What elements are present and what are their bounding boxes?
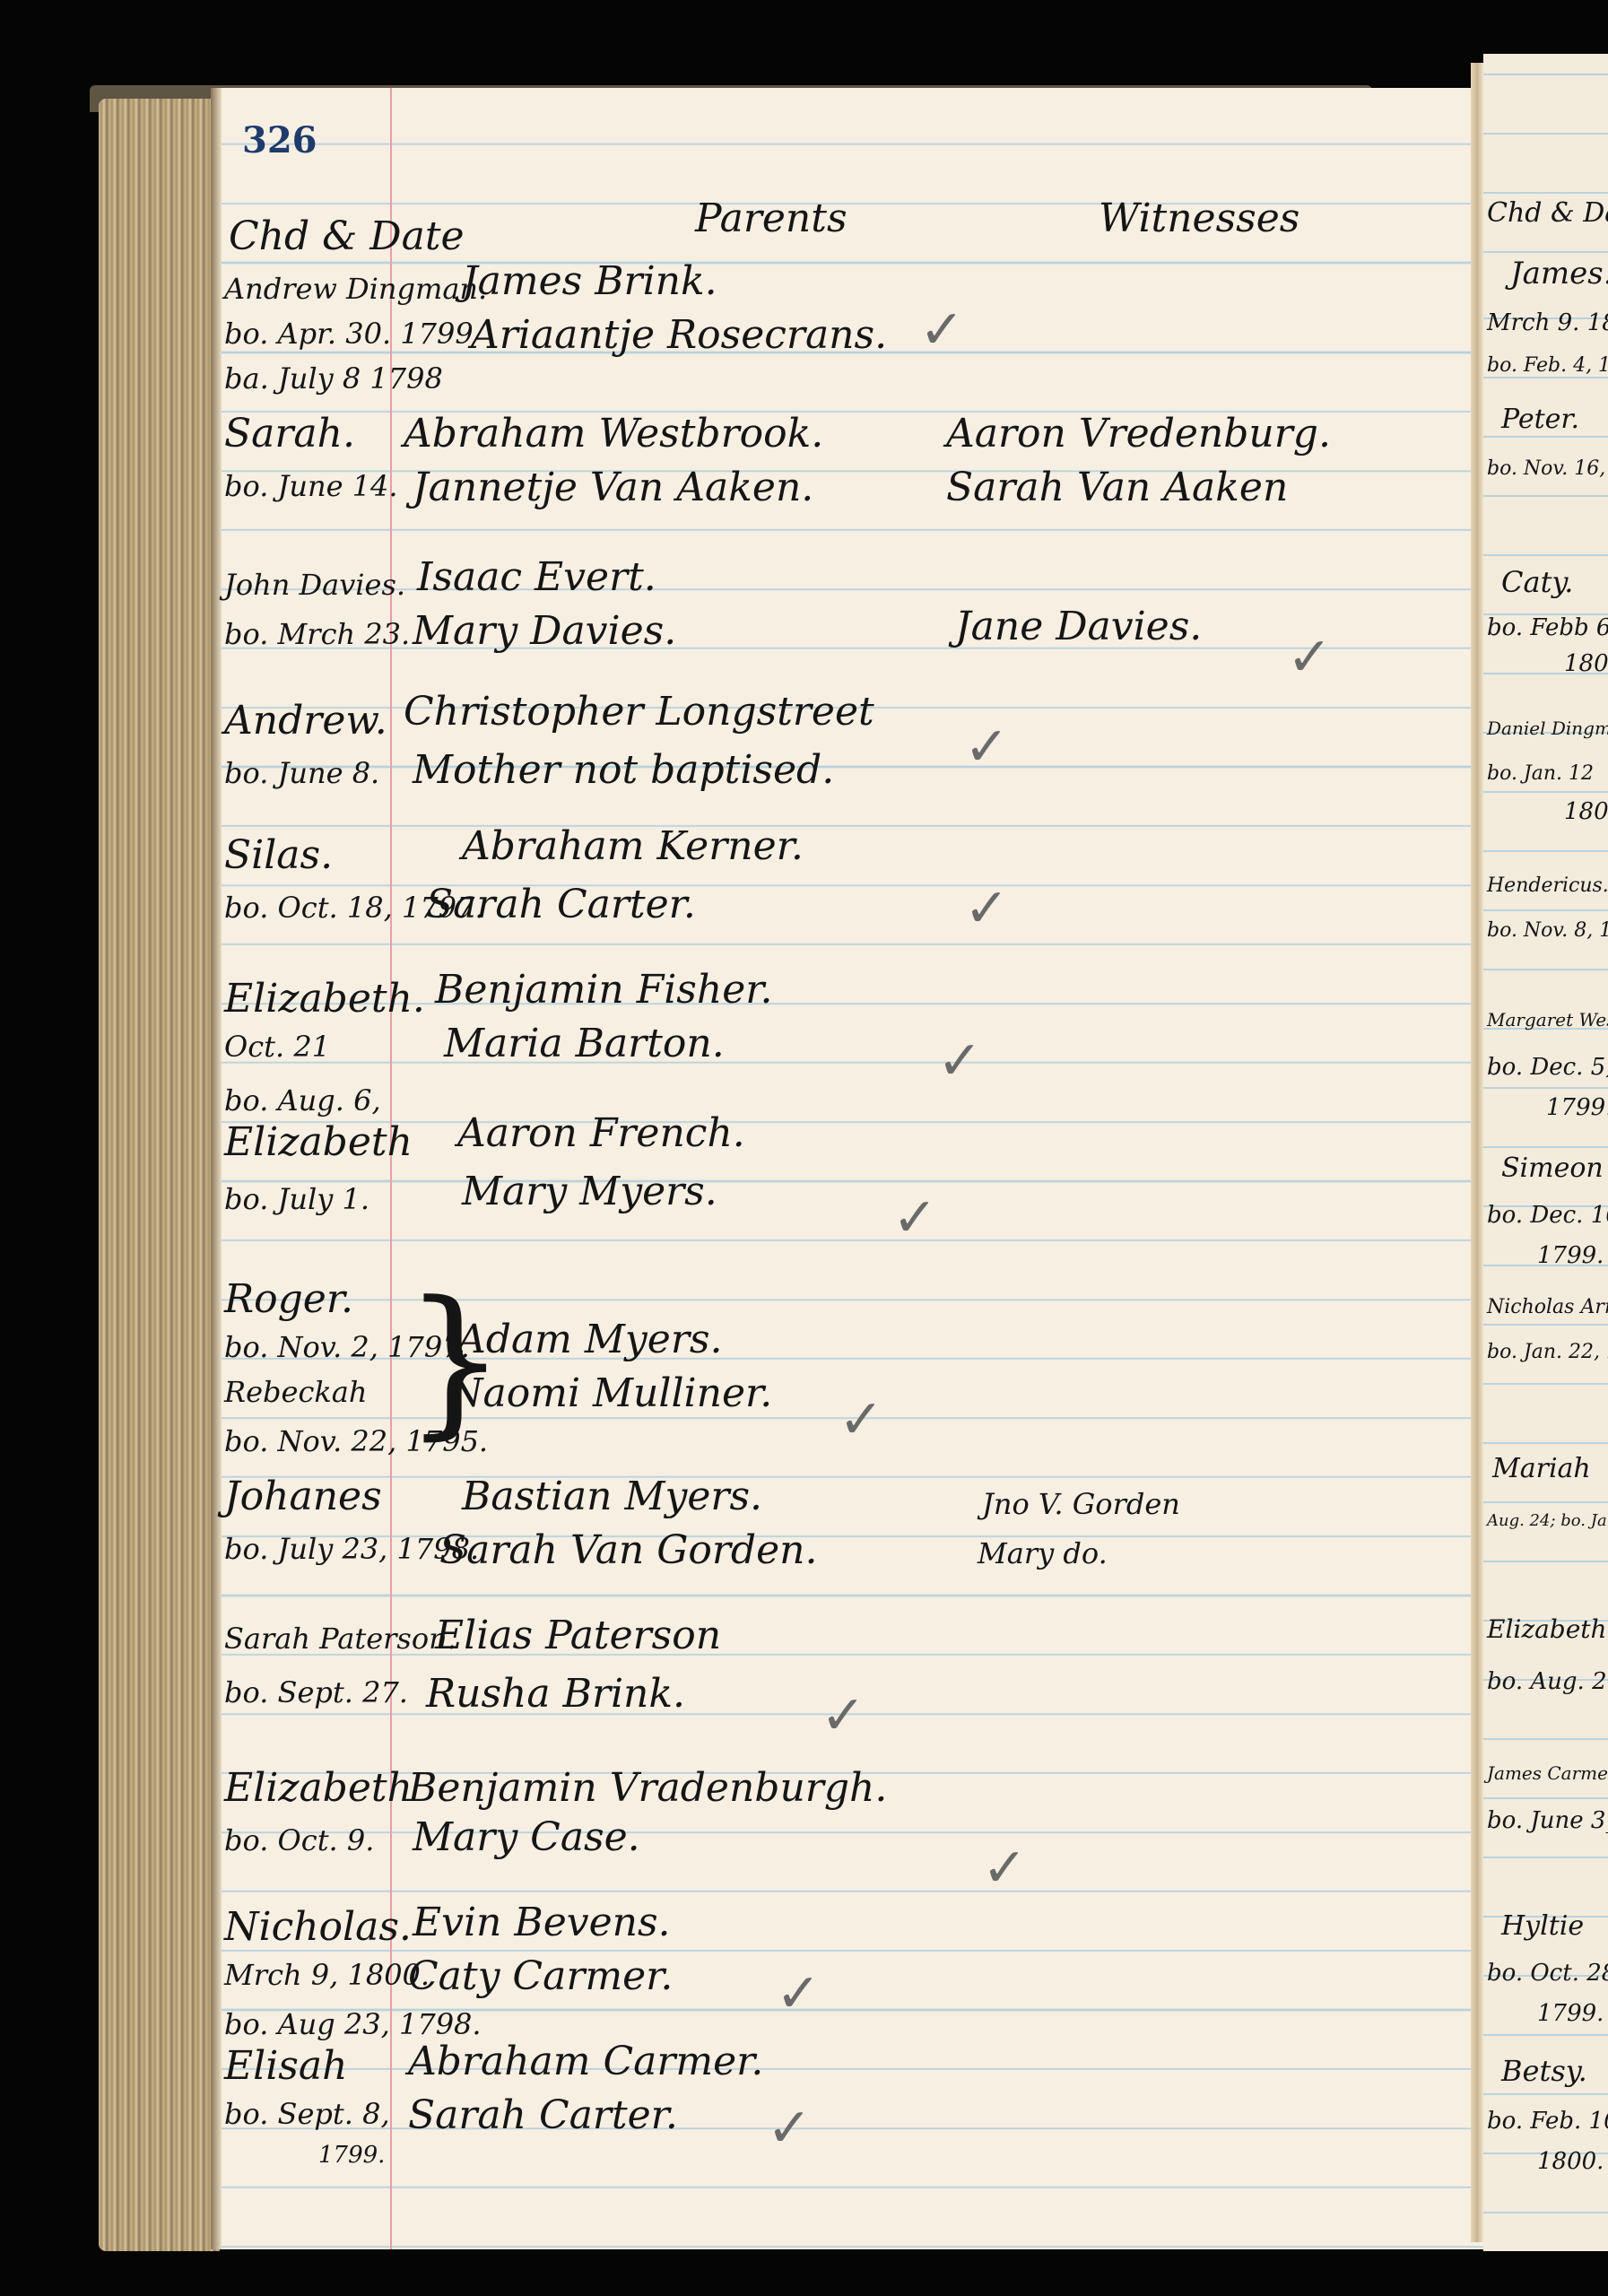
child-date: 180	[1564, 798, 1608, 825]
child-name: Betsy.	[1501, 2054, 1587, 2088]
check-mark-icon: ✓	[919, 299, 964, 361]
child-name: James Carmer.	[1487, 1762, 1608, 1784]
child-name: Roger.	[224, 1276, 353, 1322]
child-date: bo. Mrch 23.	[224, 617, 410, 651]
book-gutter	[1471, 63, 1483, 2242]
child-name: Margaret West	[1487, 1009, 1608, 1031]
mother-name: Jannetje Van Aaken.	[413, 465, 813, 510]
mother-name: Sarah Carter.	[408, 2092, 678, 2138]
child-name: Nicholas Arro	[1487, 1296, 1608, 1318]
mother-name: Mary Davies.	[413, 608, 676, 654]
child-date: bo. Jan. 22, 18	[1487, 1341, 1608, 1363]
child-date: 180	[1564, 650, 1608, 677]
witness-name: Mary do.	[978, 1536, 1108, 1570]
child-date: Aug. 24; bo. Jan. 19	[1487, 1511, 1608, 1530]
child-name: Mariah	[1492, 1453, 1591, 1484]
mother-name: Naomi Mulliner.	[448, 1370, 772, 1416]
check-mark-icon: ✓	[982, 1837, 1027, 1900]
child-date: 1800.	[1537, 2148, 1604, 2175]
check-mark-icon: ✓	[964, 716, 1009, 778]
child-name: Peter.	[1501, 404, 1579, 435]
child-date: bo. Jan. 12	[1487, 762, 1594, 785]
check-mark-icon: ✓	[776, 1962, 821, 2025]
father-name: Aaron French.	[457, 1110, 745, 1156]
child-date: bo. Sept. 27.	[224, 1675, 408, 1709]
child-date: bo. Sept. 8,	[224, 2097, 390, 2131]
child-name: James.	[1510, 256, 1608, 291]
father-name: Adam Myers.	[457, 1317, 722, 1362]
child-date: Mrch 9. 180	[1487, 309, 1608, 336]
child-name: Sarah Paterson.	[224, 1622, 456, 1656]
child-date: bo. Nov. 8, 1799.	[1487, 919, 1608, 942]
witness-name: Jno V. Gorden	[982, 1487, 1180, 1521]
mother-name: Sarah Van Gorden.	[439, 1527, 817, 1573]
check-mark-icon: ✓	[839, 1388, 883, 1451]
child-name: Nicholas.	[224, 1904, 412, 1950]
child-name: Rebeckah	[224, 1375, 367, 1409]
child-date: bo. Dec. 5,	[1487, 1054, 1608, 1081]
child-date: bo. Febb 6	[1487, 614, 1608, 641]
child-name: John Davies.	[224, 568, 405, 602]
child-date: Mrch 9, 1800.	[224, 1958, 430, 1992]
father-name: Abraham Carmer.	[408, 2039, 763, 2084]
check-mark-icon: ✓	[892, 1187, 937, 1249]
witness-name: Sarah Van Aaken	[946, 465, 1288, 510]
mother-name: Sarah Carter.	[426, 882, 696, 927]
child-date: bo. June 3_	[1487, 1807, 1608, 1834]
header-child-date: Chd & Date	[1487, 197, 1608, 229]
child-name: Caty.	[1501, 565, 1573, 599]
header-parents: Parents	[695, 196, 847, 241]
child-name: Hendericus.	[1487, 874, 1608, 897]
page-shadow	[211, 88, 222, 2249]
father-name: Evin Bevens.	[413, 1900, 671, 1945]
child-name: Sarah.	[224, 411, 355, 457]
child-date: 1799.	[1546, 1094, 1608, 1121]
child-date: bo. June 14.	[224, 469, 398, 503]
witness-name: Jane Davies.	[955, 604, 1202, 649]
child-date: 1799.	[1537, 2000, 1604, 2027]
child-name: Hyltie	[1501, 1910, 1584, 1942]
mother-name: Caty Carmer.	[408, 1953, 673, 1999]
header-child-date: Chd & Date	[229, 213, 465, 259]
child-name: Elisah	[224, 2043, 347, 2089]
child-name: Elizabeth	[224, 1119, 413, 1165]
father-name: Benjamin Vradenburgh.	[408, 1765, 887, 1811]
father-name: Benjamin Fisher.	[435, 967, 772, 1013]
child-date: bo. Aug 23, 1798.	[224, 2007, 482, 2041]
father-name: Abraham Kerner.	[462, 823, 804, 869]
father-name: James Brink.	[462, 258, 717, 304]
mother-name: Mother not baptised.	[413, 747, 834, 793]
father-name: Elias Paterson	[435, 1613, 721, 1658]
mother-name: Mary Case.	[413, 1814, 640, 1860]
check-mark-icon: ✓	[1287, 626, 1332, 689]
father-name: Christopher Longstreet	[404, 689, 874, 735]
father-name: Bastian Myers.	[462, 1474, 762, 1519]
child-name: Johanes	[224, 1474, 382, 1519]
child-date: 1799.	[318, 2142, 385, 2169]
child-name: Andrew Dingman.	[224, 272, 487, 306]
child-date: bo. Oct. 9.	[224, 1823, 374, 1857]
father-name: Abraham Westbrook.	[404, 411, 823, 457]
child-date: 1799.	[1537, 1242, 1604, 1269]
mother-name: Ariaantje Rosecrans.	[471, 312, 887, 358]
mother-name: Mary Myers.	[462, 1169, 717, 1214]
child-date: bo. Aug. 2	[1487, 1668, 1607, 1695]
child-date: bo. Oct. 28	[1487, 1960, 1608, 1987]
witness-name: Aaron Vredenburg.	[946, 411, 1331, 457]
child-name: Daniel Dingm	[1487, 717, 1608, 739]
mother-name: Maria Barton.	[444, 1021, 725, 1066]
mother-name: Rusha Brink.	[426, 1671, 685, 1717]
child-date: ba. July 8 1798	[224, 361, 443, 396]
check-mark-icon: ✓	[964, 877, 1009, 940]
header-witnesses: Witnesses	[1099, 196, 1299, 241]
child-date: bo. July 1.	[224, 1182, 369, 1216]
child-name: Elizabeth.	[1487, 1614, 1608, 1644]
child-date: bo. Nov. 16, 1799	[1487, 457, 1608, 480]
child-name: Elizabeth.	[224, 976, 425, 1022]
facing-page: Chd & Date James. Mrch 9. 180 bo. Feb. 4…	[1483, 54, 1608, 2251]
child-date: bo. Apr. 30. 1799	[224, 317, 474, 351]
child-date: bo. Dec. 10,	[1487, 1202, 1608, 1229]
child-date: bo. Feb. 4, 1799	[1487, 354, 1608, 377]
child-name: Silas.	[224, 832, 333, 878]
ledger-page: 326 Chd & Date Parents Witnesses Andrew …	[211, 88, 1502, 2249]
father-name: Isaac Evert.	[417, 554, 656, 600]
child-name: Simeon	[1501, 1152, 1604, 1184]
child-date: Oct. 21	[224, 1030, 330, 1064]
page-edges	[99, 99, 220, 2251]
check-mark-icon: ✓	[937, 1030, 982, 1092]
child-date: bo. June 8.	[224, 756, 379, 790]
child-date: bo. Feb. 10	[1487, 2108, 1608, 2135]
child-name: Elizabeth	[224, 1765, 413, 1811]
child-date: bo. Aug. 6,	[224, 1083, 381, 1118]
check-mark-icon: ✓	[821, 1684, 865, 1747]
child-name: Andrew.	[224, 698, 387, 744]
page-number: 326	[242, 119, 317, 161]
check-mark-icon: ✓	[767, 2097, 812, 2160]
